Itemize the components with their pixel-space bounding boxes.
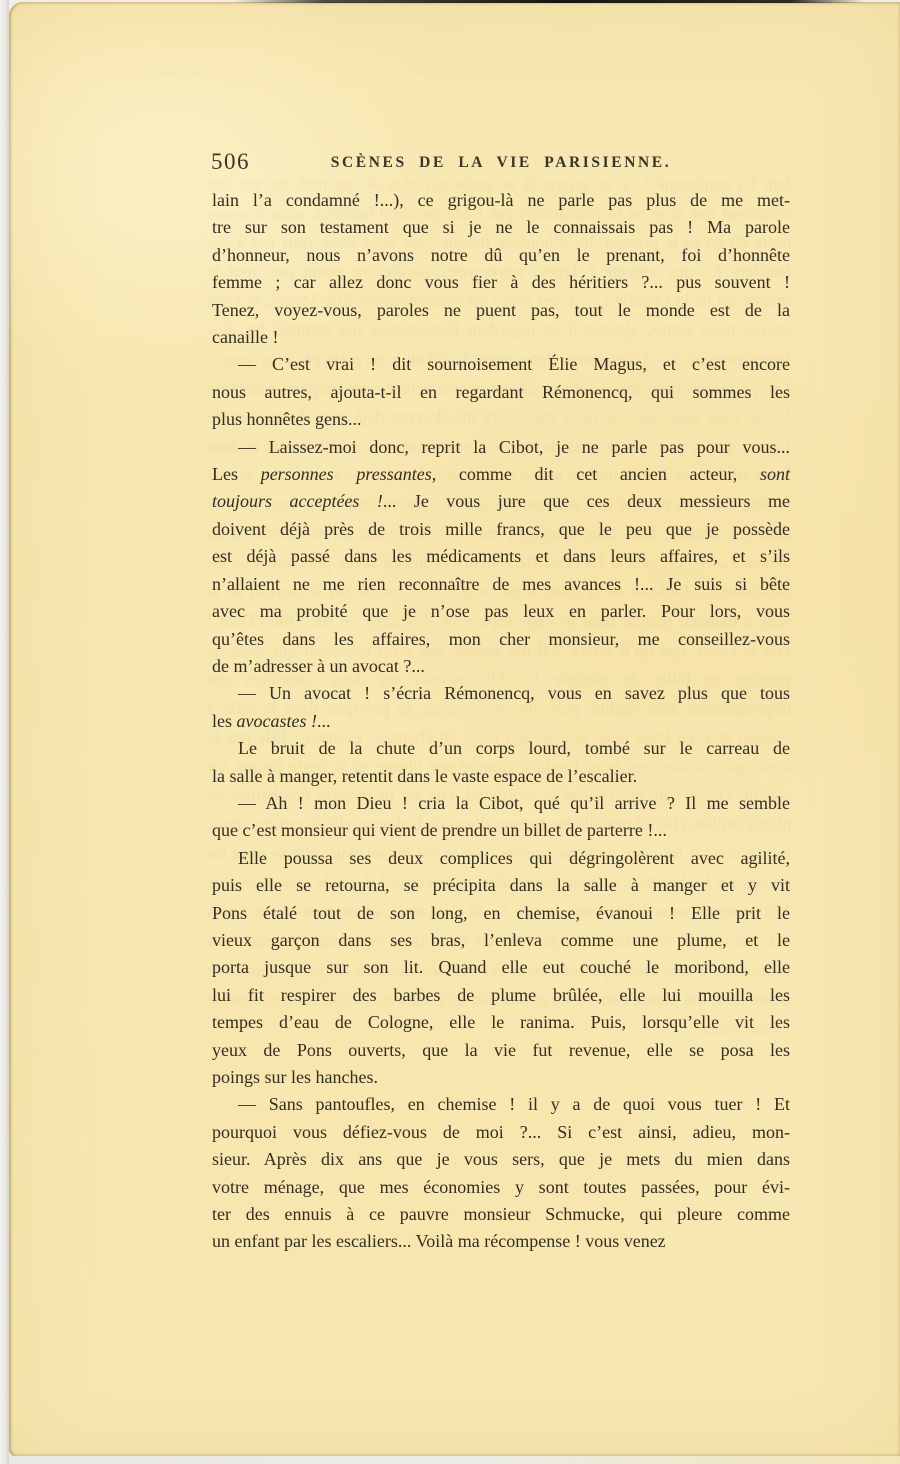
text-run: poings sur les hanches. xyxy=(212,1067,378,1087)
text-run: — Un avocat ! s’écria Rémonencq, vous en… xyxy=(238,683,790,703)
text-run: les xyxy=(212,711,237,731)
paragraph: — Ah ! mon Dieu ! cria la Cibot, qué qu’… xyxy=(212,790,790,845)
text-line: — Un avocat ! s’écria Rémonencq, vous en… xyxy=(212,680,790,707)
text-run: un enfant par les escaliers... Voilà ma … xyxy=(212,1231,666,1251)
text-line: lain l’a condamné !...), ce grigou-là ne… xyxy=(212,187,790,214)
text-run: vieux garçon dans ses bras, l’enleva com… xyxy=(212,930,790,950)
text-run: avocastes ! xyxy=(237,711,317,731)
text-line: n’allaient ne me rien reconnaître de mes… xyxy=(212,571,790,598)
text-run: doivent déjà près de trois mille francs,… xyxy=(212,519,790,539)
text-run: nous autres, ajouta-t-il en regardant Ré… xyxy=(212,382,790,402)
text-line: poings sur les hanches. xyxy=(212,1064,790,1091)
text-line: Pons étalé tout de son long, en chemise,… xyxy=(212,900,790,927)
paragraph: Elle poussa ses deux complices qui dégri… xyxy=(212,845,790,1092)
text-line: — Sans pantoufles, en chemise ! il y a d… xyxy=(212,1091,790,1118)
text-run: yeux de Pons ouverts, que la vie fut rev… xyxy=(212,1040,790,1060)
text-run: puis elle se retourna, se précipita dans… xyxy=(212,875,790,895)
text-run: qu’êtes dans les affaires, mon cher mons… xyxy=(212,629,790,649)
text-run: Le bruit de la chute d’un corps lourd, t… xyxy=(238,738,790,758)
text-run: Elle poussa ses deux complices qui dégri… xyxy=(238,848,790,868)
paragraph: — C’est vrai ! dit sournoisement Élie Ma… xyxy=(212,351,790,433)
text-run: Pons étalé tout de son long, en chemise,… xyxy=(212,903,790,923)
scan-left-margin xyxy=(0,0,9,1464)
text-line: Elle poussa ses deux complices qui dégri… xyxy=(212,845,790,872)
text-run: est déjà passé dans les médicaments et d… xyxy=(212,546,790,566)
text-line: est déjà passé dans les médicaments et d… xyxy=(212,543,790,570)
text-run: , comme dit cet ancien acteur, xyxy=(432,464,760,484)
text-run: n’allaient ne me rien reconnaître de mes… xyxy=(212,574,790,594)
text-line: lui fit respirer des barbes de plume brû… xyxy=(212,982,790,1009)
text-run: femme ; car allez donc vous fier à des h… xyxy=(212,272,790,292)
paragraph: — Sans pantoufles, en chemise ! il y a d… xyxy=(212,1091,790,1255)
text-line: puis elle se retourna, se précipita dans… xyxy=(212,872,790,899)
paragraph: — Un avocat ! s’écria Rémonencq, vous en… xyxy=(212,680,790,735)
text-line: pourquoi vous défiez-vous de moi ?... Si… xyxy=(212,1119,790,1146)
text-run: porta jusque sur son lit. Quand elle eut… xyxy=(212,957,790,977)
book-page: lain l’a condamné !...), ce grigou-là ne… xyxy=(9,2,900,1457)
text-run: tempes d’eau de Cologne, elle le ranima.… xyxy=(212,1012,790,1032)
paragraph: — Laissez-moi donc, reprit la Cibot, je … xyxy=(212,434,790,681)
text-line: canaille ! xyxy=(212,324,790,351)
text-line: d’honneur, nous n’avons notre dû qu’en l… xyxy=(212,242,790,269)
text-run: d’honneur, nous n’avons notre dû qu’en l… xyxy=(212,245,790,265)
scan-bottom-margin xyxy=(0,1456,900,1464)
text-line: sieur. Après dix ans que je vous sers, q… xyxy=(212,1146,790,1173)
paragraph: lain l’a condamné !...), ce grigou-là ne… xyxy=(212,187,790,351)
text-run: ... xyxy=(317,711,331,731)
text-run: Tenez, voyez-vous, paroles ne puent pas,… xyxy=(212,300,790,320)
text-run: — Sans pantoufles, en chemise ! il y a d… xyxy=(238,1094,790,1114)
text-line: Tenez, voyez-vous, paroles ne puent pas,… xyxy=(212,297,790,324)
text-line: — C’est vrai ! dit sournoisement Élie Ma… xyxy=(212,351,790,378)
text-line: un enfant par les escaliers... Voilà ma … xyxy=(212,1228,790,1255)
text-run: plus honnêtes gens... xyxy=(212,409,361,429)
text-run: personnes pressantes xyxy=(261,464,432,484)
text-line: femme ; car allez donc vous fier à des h… xyxy=(212,269,790,296)
text-run: — Ah ! mon Dieu ! cria la Cibot, qué qu’… xyxy=(238,793,790,813)
text-line: que c’est monsieur qui vient de prendre … xyxy=(212,817,790,844)
text-line: nous autres, ajouta-t-il en regardant Ré… xyxy=(212,379,790,406)
text-run: que c’est monsieur qui vient de prendre … xyxy=(212,820,667,840)
text-run: pourquoi vous défiez-vous de moi ?... Si… xyxy=(212,1122,790,1142)
text-line: — Ah ! mon Dieu ! cria la Cibot, qué qu’… xyxy=(212,790,790,817)
page-header: 506 SCÈNES DE LA VIE PARISIENNE. xyxy=(212,149,790,181)
text-line: votre ménage, que mes économies y sont t… xyxy=(212,1174,790,1201)
text-line: qu’êtes dans les affaires, mon cher mons… xyxy=(212,626,790,653)
running-title: SCÈNES DE LA VIE PARISIENNE. xyxy=(212,154,790,172)
text-line: la salle à manger, retentit dans le vast… xyxy=(212,763,790,790)
paragraph: Le bruit de la chute d’un corps lourd, t… xyxy=(212,735,790,790)
text-line: toujours acceptées !... Je vous jure que… xyxy=(212,488,790,515)
text-line: tempes d’eau de Cologne, elle le ranima.… xyxy=(212,1009,790,1036)
text-run: de m’adresser à un avocat ?... xyxy=(212,656,425,676)
text-line: doivent déjà près de trois mille francs,… xyxy=(212,516,790,543)
text-run: canaille ! xyxy=(212,327,278,347)
text-run: votre ménage, que mes économies y sont t… xyxy=(212,1177,790,1197)
text-line: les avocastes !... xyxy=(212,708,790,735)
text-run: ... Je vous jure que ces deux messieurs … xyxy=(383,491,790,511)
text-run: tre sur son testament que si je ne le co… xyxy=(212,217,790,237)
text-run: Les xyxy=(212,464,261,484)
text-run: toujours acceptées ! xyxy=(212,491,383,511)
scan-top-edge xyxy=(0,0,900,3)
text-run: avec ma probité que je n’ose pas leux en… xyxy=(212,601,790,621)
text-run: sieur. Après dix ans que je vous sers, q… xyxy=(212,1149,790,1169)
text-run: ter des ennuis à ce pauvre monsieur Schm… xyxy=(212,1204,790,1224)
text-line: Les personnes pressantes, comme dit cet … xyxy=(212,461,790,488)
text-line: vieux garçon dans ses bras, l’enleva com… xyxy=(212,927,790,954)
text-line: yeux de Pons ouverts, que la vie fut rev… xyxy=(212,1037,790,1064)
text-run: lui fit respirer des barbes de plume brû… xyxy=(212,985,790,1005)
text-line: avec ma probité que je n’ose pas leux en… xyxy=(212,598,790,625)
text-line: — Laissez-moi donc, reprit la Cibot, je … xyxy=(212,434,790,461)
text-run: lain l’a condamné !...), ce grigou-là ne… xyxy=(212,190,790,210)
text-run: — C’est vrai ! dit sournoisement Élie Ma… xyxy=(238,354,790,374)
text-line: tre sur son testament que si je ne le co… xyxy=(212,214,790,241)
body-text: lain l’a condamné !...), ce grigou-là ne… xyxy=(212,187,790,1256)
text-line: ter des ennuis à ce pauvre monsieur Schm… xyxy=(212,1201,790,1228)
text-run: — Laissez-moi donc, reprit la Cibot, je … xyxy=(238,437,790,457)
text-line: Le bruit de la chute d’un corps lourd, t… xyxy=(212,735,790,762)
text-line: porta jusque sur son lit. Quand elle eut… xyxy=(212,954,790,981)
text-run: sont xyxy=(760,464,790,484)
text-line: de m’adresser à un avocat ?... xyxy=(212,653,790,680)
text-line: plus honnêtes gens... xyxy=(212,406,790,433)
text-run: la salle à manger, retentit dans le vast… xyxy=(212,766,637,786)
